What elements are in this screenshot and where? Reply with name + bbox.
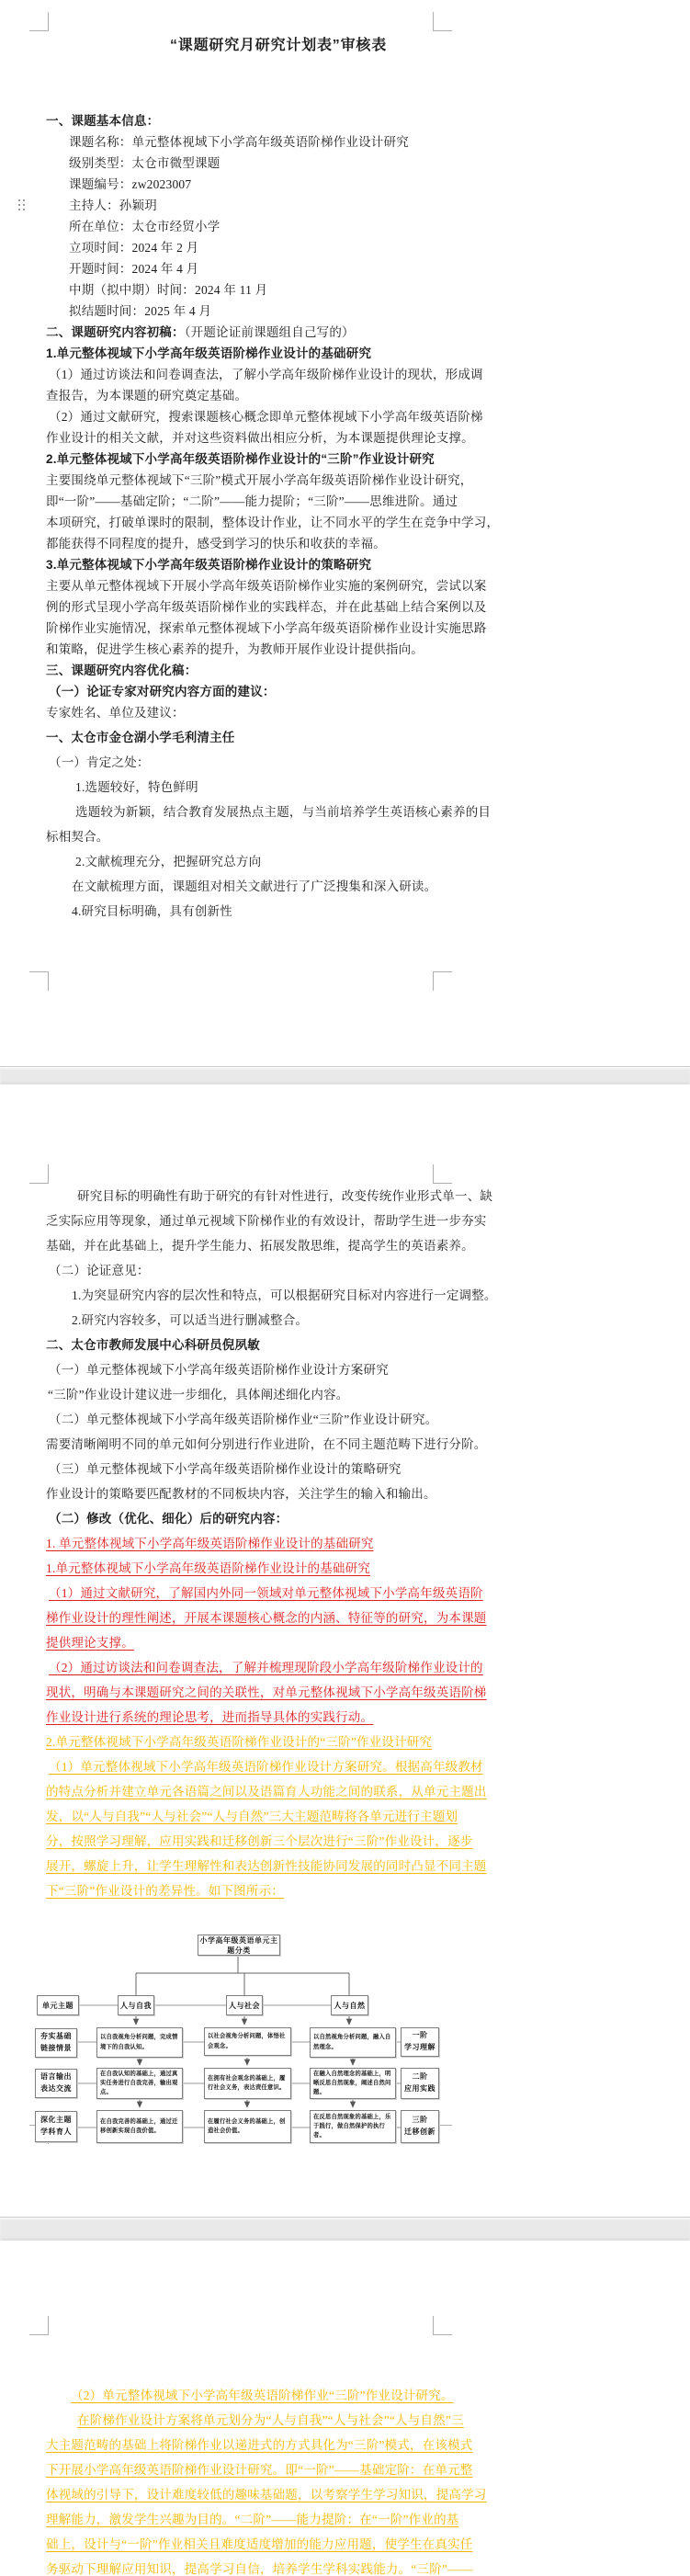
doc-line: 分，按照学习理解，应用实践和迁移创新三个层次进行“三阶”作业设计，逐步	[46, 1835, 472, 1848]
doc-line: 的特点分析并建立单元各语篇之间以及语篇育人功能之间的联系，从单元主题出	[46, 1786, 487, 1799]
doc-line: 3.单元整体视域下小学高年级英语阶梯作业设计的策略研究	[46, 559, 371, 572]
doc-line: 都能获得不同程度的提升，感受到学习的快乐和收获的幸福。	[46, 538, 386, 550]
doc-line: 立项时间：2024 年 2 月	[69, 242, 198, 255]
doc-line: 开题时间：2024 年 4 月	[69, 263, 198, 276]
paragraph-drag-handle[interactable]	[18, 199, 26, 212]
doc-line: 一、课题基本信息：	[46, 115, 159, 128]
page-separator-2	[0, 2217, 690, 2241]
doc-line: 所在单位：太仓市经贸小学	[69, 221, 220, 233]
doc-line: 课题名称：单元整体视域下小学高年级英语阶梯作业设计研究	[69, 136, 409, 149]
text-boundary-mark	[433, 971, 452, 991]
doc-line: （一）单元整体视域下小学高年级英语阶梯作业设计方案研究	[49, 1364, 389, 1377]
diagram-box-rowA-nature[interactable]: 以自然视角分析问题，融入自然理念。	[310, 2027, 396, 2058]
doc-line: 乏实际应用等现象，通过单元视域下阶梯作业的有效设计，帮助学生进一步夯实	[46, 1215, 487, 1228]
doc-line: 专家姓名、单位及建议：	[46, 707, 185, 720]
diagram-box-stage2[interactable]: 二阶 应用实践	[401, 2068, 439, 2099]
doc-line: 2.单元整体视域下小学高年级英语阶梯作业设计的“三阶”作业设计研究	[46, 453, 435, 466]
doc-line: 作业设计进行系统的理论思考，进而指导具体的实践行动。	[46, 1711, 373, 1724]
doc-line: 和策略，促进学生核心素养的提升，为教师开展作业设计提供指向。	[46, 643, 424, 656]
diagram-box-stage1[interactable]: 一阶 学习理解	[401, 2027, 439, 2057]
doc-line: 即“一阶”——基础定阶；“二阶”——能力提阶；“三阶”——思维进阶。通过	[46, 495, 458, 508]
doc-line: （1）单元整体视域下小学高年级英语阶梯作业设计方案研究。根据高年级教材	[49, 1761, 483, 1774]
doc-line: 提供理论支撑。	[46, 1637, 134, 1650]
doc-line: 主持人：孙颖玥	[69, 199, 157, 212]
diagram-box-nature[interactable]: 人与自然	[331, 1995, 368, 2015]
doc-line: 基础，并在此基础上，提升学生能力、拓展发散思维，提高学生的英语素养。	[46, 1240, 474, 1253]
doc-line: 发，以“人与自我”“人与社会”“人与自然”三大主题范畴将各单元进行主题划	[46, 1810, 458, 1823]
doc-line: 主要从单元整体视域下开展小学高年级英语阶梯作业实施的案例研究，尝试以案	[46, 580, 487, 593]
doc-line: 大主题范畴的基础上将阶梯作业以递进式的方式具化为“三阶”模式，在该模式	[46, 2439, 472, 2452]
diagram-box-rowB-label[interactable]: 语言输出 表达交流	[35, 2069, 77, 2098]
diagram-box-rowB-nature[interactable]: 在融入自然理念的基础上，明晰反思自然现象，阐述自然问题。	[310, 2068, 396, 2099]
doc-line-segment: 二、课题研究内容初稿：	[46, 325, 185, 339]
doc-line: 务驱动下理解应用知识，提高学习自信，培养学生学科实践能力。“三阶”——	[46, 2563, 472, 2576]
doc-line: 查报告，为本课题的研究奠定基础。	[46, 390, 247, 403]
doc-line: 选题较为新颖，结合教育发展热点主题，与当前培养学生英语核心素养的目	[75, 806, 491, 819]
doc-line: 标相契合。	[46, 831, 109, 844]
doc-line: 1.选题较好，特色鲜明	[75, 781, 198, 794]
doc-line: （二）单元整体视域下小学高年级英语阶梯作业“三阶”作业设计研究。	[49, 1413, 437, 1426]
text-boundary-mark	[433, 2316, 452, 2335]
doc-line: 2.文献梳理充分，把握研究总方向	[75, 856, 261, 868]
doc-line: 在文献梳理方面，课题组对相关文献进行了广泛搜集和深入研读。	[72, 880, 436, 893]
diagram-box-unit-theme[interactable]: 单元主题	[37, 1995, 79, 2015]
doc-line: 课题编号：zw2023007	[69, 178, 191, 191]
doc-line: 需要清晰阐明不同的单元如何分别进行作业进阶，在不同主题范畴下进行分阶。	[46, 1438, 487, 1451]
diagram-box-self[interactable]: 人与自我	[118, 1995, 154, 2015]
doc-line: （2）通过文献研究，搜索课题核心概念即单元整体视域下小学高年级英语阶梯	[49, 411, 483, 424]
doc-line: 现状，明确与本课题研究之间的关联性，对单元整体视域下小学高年级英语阶梯	[46, 1686, 487, 1699]
doc-line: 4.研究目标明确，具有创新性	[72, 905, 232, 918]
doc-line: 下开展小学高年级英语阶梯作业设计研究。即“一阶”——基础定阶：在单元整	[46, 2464, 472, 2477]
text-boundary-mark	[29, 1164, 49, 1184]
doc-line: 2.单元整体视域下小学高年级英语阶梯作业设计的“三阶”作业设计研究	[46, 1736, 432, 1749]
doc-line: 主要围绕单元整体视域下“三阶”模式开展小学高年级英语阶梯作业设计研究，	[46, 474, 472, 487]
diagram-box-rowB-self[interactable]: 在自我认知的基础上，通过真实任务进行自我完善，输出观点。	[96, 2068, 183, 2099]
diagram-box-rowA-label[interactable]: 夯实基础 链接情景	[35, 2028, 77, 2058]
doc-line: 体视域的引导下，设计难度较低的趣味基础题，以考察学生学习知识，提高学习	[46, 2489, 487, 2502]
doc-line: （1）通过访谈法和问卷调查法，了解小学高年级阶梯作业设计的现状，形成调	[49, 369, 483, 381]
doc-line: 在阶梯作业设计方案将单元划分为“人与自我”“人与社会”“人与自然”三	[77, 2414, 464, 2427]
doc-line: 1.为突显研究内容的层次性和特点，可以根据研究目标对内容进行一定调整。	[72, 1289, 497, 1302]
doc-line: 1.单元整体视域下小学高年级英语阶梯作业设计的基础研究	[46, 347, 371, 360]
text-boundary-mark	[29, 12, 49, 31]
doc-line: “三阶”作业设计建议进一步细化，具体阐述细化内容。	[48, 1389, 348, 1401]
doc-line: （2）单元整体视域下小学高年级英语阶梯作业“三阶”作业设计研究。	[71, 2389, 454, 2402]
text-boundary-mark	[29, 2316, 49, 2335]
doc-line: （二）修改（优化、细化）后的研究内容：	[49, 1513, 288, 1526]
doc-line: 拟结题时间：2025 年 4 月	[69, 305, 211, 318]
doc-line: 作业设计的相关文献，并对这些资料做出相应分析，为本课题提供理论支撑。	[46, 432, 474, 445]
doc-line: （1）通过文献研究，了解国内外同一领域对单元整体视域下小学高年级英语阶	[49, 1587, 483, 1600]
doc-line: 例的形式呈现小学高年级英语阶梯作业的实践样态，并在此基础上结合案例以及	[46, 601, 487, 614]
doc-line: （2）通过访谈法和问卷调查法，了解并梳理现阶段小学高年级阶梯作业设计的	[49, 1662, 483, 1674]
diagram-box-society[interactable]: 人与社会	[226, 1995, 263, 2015]
doc-line: 1. 单元整体视域下小学高年级英语阶梯作业设计的基础研究	[46, 1538, 374, 1550]
doc-line: 2.研究内容较多，可以适当进行删减整合。	[72, 1314, 308, 1327]
doc-line: 础上，设计与“一阶”作业相关且难度适度增加的能力应用题，使学生在真实任	[46, 2538, 472, 2551]
doc-line: 作业设计的策略要匹配教材的不同板块内容，关注学生的输入和输出。	[46, 1488, 436, 1501]
doc-line: 梯作业设计的理性阐述，开展本课题核心概念的内涵、特征等的研究，为本课题	[46, 1612, 487, 1625]
diagram-box-rowC-self[interactable]: 在自我完善的基础上，通过迁移创新实现自我价值。	[96, 2110, 183, 2143]
page-separator-1	[0, 1066, 690, 1085]
doc-line: 本项研究，打破单课时的限制，整体设计作业，让不同水平的学生在竞争中学习，	[46, 516, 499, 529]
doc-line: 研究目标的明确性有助于研究的有针对性进行，改变传统作业形式单一、缺	[77, 1190, 492, 1203]
doc-line: 1.单元整体视域下小学高年级英语阶梯作业设计的基础研究	[46, 1562, 370, 1575]
diagram-box-rowC-label[interactable]: 深化主题 学科育人	[35, 2111, 77, 2142]
doc-line: 级别类型：太仓市微型课题	[69, 157, 220, 170]
doc-line: 二、课题研究内容初稿：（开题论证前课题组自己写的）	[46, 326, 355, 339]
diagram-box-stage3[interactable]: 三阶 迁移创新	[401, 2110, 439, 2143]
diagram-box-rowA-society[interactable]: 以社会视角分析问题，体悟社会观念。	[204, 2027, 291, 2056]
document-canvas: “课题研究月研究计划表”审核表一、课题基本信息：课题名称：单元整体视域下小学高年…	[0, 0, 690, 2576]
doc-line-segment: （开题论证前课题组自己写的）	[185, 325, 355, 339]
diagram-box-top-category[interactable]: 小学高年级英语单元主题分类	[198, 1935, 280, 1956]
doc-line: （一）肯定之处：	[49, 756, 150, 769]
diagram-box-rowB-society[interactable]: 在拥有社会观念的基础上，履行社会义务，表达责任意识。	[204, 2068, 291, 2099]
doc-line: （一）论证专家对研究内容方面的建议：	[49, 686, 276, 698]
doc-line: 展开，螺旋上升，让学生理解性和表达创新性技能协同发展的同时凸显不同主题	[46, 1860, 487, 1873]
doc-line: 阶梯作业实施情况，探索单元整体视域下小学高年级英语阶梯作业设计实施思路	[46, 622, 487, 635]
doc-line: 一、太仓市金仓湖小学毛利清主任	[46, 732, 235, 744]
doc-line: （三）单元整体视域下小学高年级英语阶梯作业设计的策略研究	[49, 1463, 402, 1476]
doc-line: 理解能力，激发学生兴趣为目的。“二阶”——能力提阶：在“一阶”作业的基	[46, 2514, 458, 2526]
text-boundary-mark	[29, 971, 49, 991]
text-boundary-mark	[433, 12, 452, 31]
doc-line: 中期（拟中期）时间：2024 年 11 月	[69, 284, 267, 297]
diagram-box-rowC-nature[interactable]: 在反思自然现象的基础上，乐于践行，做自然保护的执行者。	[310, 2110, 396, 2143]
doc-line: 二、太仓市教师发展中心科研员倪夙敏	[46, 1339, 260, 1352]
diagram-box-rowA-self[interactable]: 以自我视角分析问题，完成情境下的自我认知。	[96, 2027, 183, 2058]
doc-line: “课题研究月研究计划表”审核表	[170, 39, 387, 53]
doc-line: 三、课题研究内容优化稿：	[46, 664, 197, 677]
text-boundary-mark	[433, 1164, 452, 1184]
doc-line: 下“三阶”作业设计的差异性。如下图所示：	[46, 1885, 284, 1898]
diagram-box-rowC-society[interactable]: 在履行社会义务的基础上，创造社会价值。	[204, 2110, 291, 2143]
doc-line: （二）论证意见：	[49, 1265, 150, 1277]
